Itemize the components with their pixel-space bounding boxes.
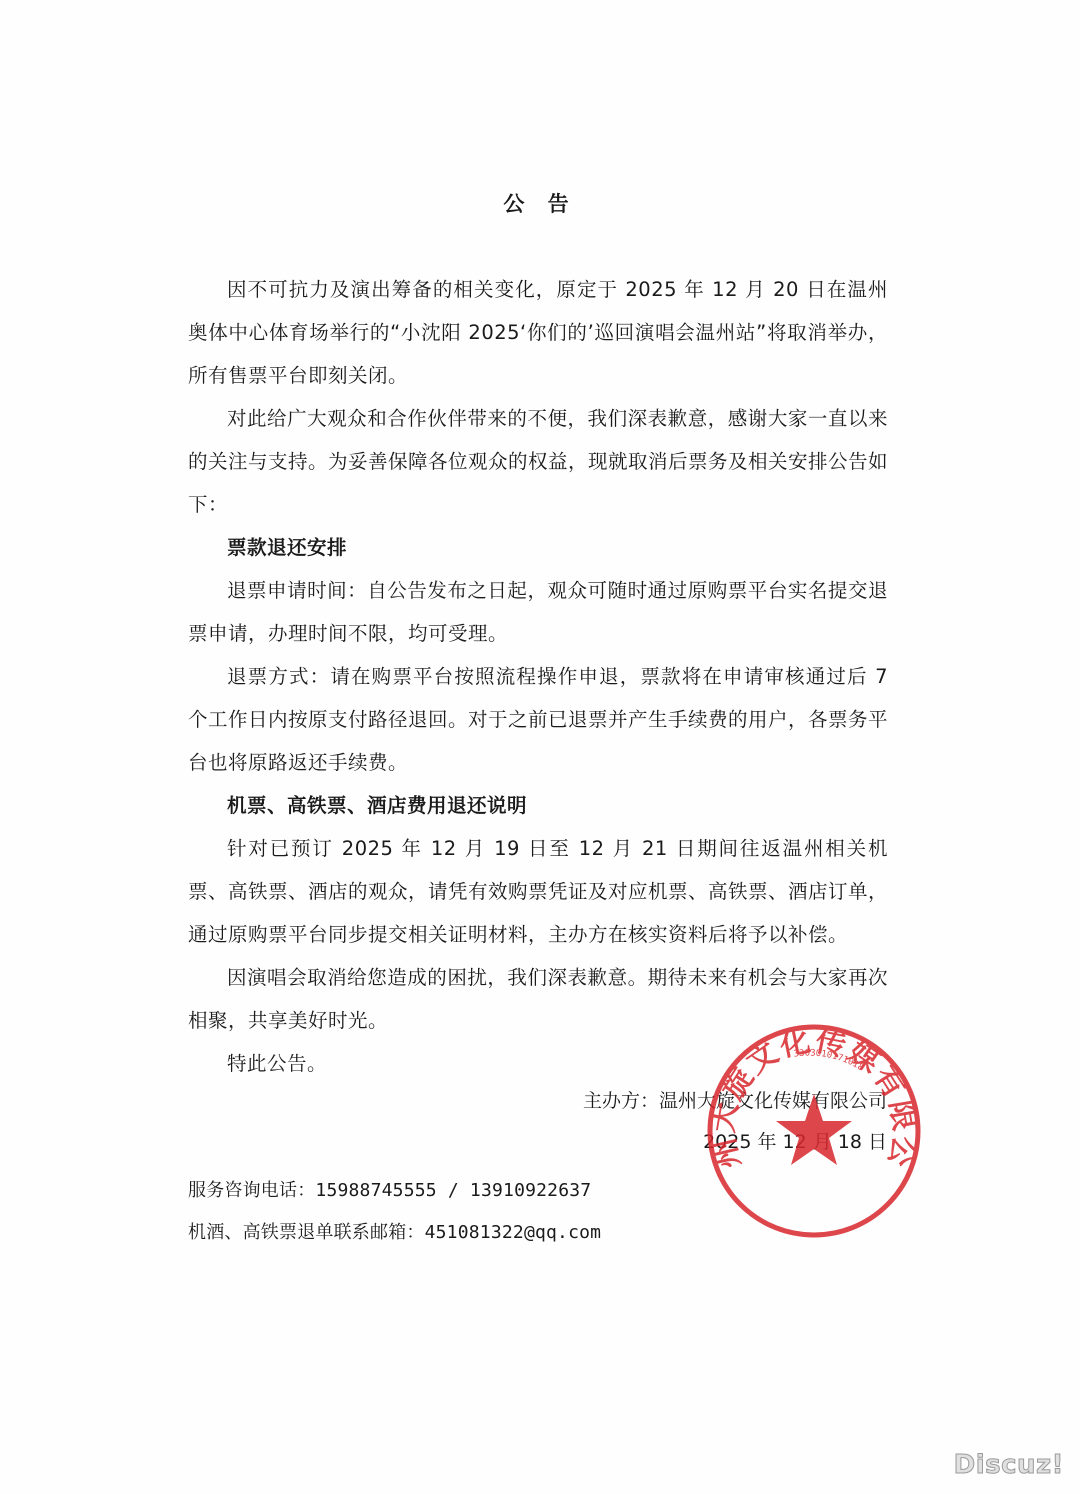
travel-refund-heading: 机票、高铁票、酒店费用退还说明 [188, 784, 888, 827]
refund-method-paragraph: 退票方式：请在购票平台按照流程操作申退，票款将在申请审核通过后 7 个工作日内按… [188, 655, 888, 784]
discuz-watermark: Discuz! [954, 1450, 1064, 1480]
intro-text: 因不可抗力及演出筹备的相关变化，原定于 2025 年 12 月 20 日在温州奥… [188, 268, 888, 397]
email-label: 机酒、高铁票退单联系邮箱： [188, 1222, 425, 1243]
phone-label: 服务咨询电话： [188, 1180, 315, 1201]
apology-text: 对此给广大观众和合作伙伴带来的不便，我们深表歉意，感谢大家一直以来的关注与支持。… [188, 397, 888, 526]
sign-off-text: 特此公告。 [188, 1042, 888, 1085]
refund-method-text: 退票方式：请在购票平台按照流程操作申退，票款将在申请审核通过后 7 个工作日内按… [188, 655, 888, 784]
announcement-page: 公 告 因不可抗力及演出筹备的相关变化，原定于 2025 年 12 月 20 日… [0, 0, 1080, 1494]
travel-refund-paragraph: 针对已预订 2025 年 12 月 19 日至 12 月 21 日期间往返温州相… [188, 827, 888, 956]
ticket-refund-heading: 票款退还安排 [188, 526, 888, 569]
signature-date: 2025 年 12 月 18 日 [703, 1127, 887, 1154]
travel-refund-heading-block: 机票、高铁票、酒店费用退还说明 [188, 784, 888, 827]
phone-value: 15988745555 / 13910922637 [315, 1180, 591, 1201]
ticket-refund-heading-block: 票款退还安排 [188, 526, 888, 569]
document-title: 公 告 [0, 188, 1080, 218]
email-value: 451081322@qq.com [425, 1222, 602, 1243]
service-phone-line: 服务咨询电话：15988745555 / 13910922637 [188, 1176, 591, 1202]
closing-paragraph: 因演唱会取消给您造成的困扰，我们深表歉意。期待未来有机会与大家再次相聚，共享美好… [188, 956, 888, 1042]
refund-email-line: 机酒、高铁票退单联系邮箱：451081322@qq.com [188, 1218, 601, 1244]
refund-time-paragraph: 退票申请时间：自公告发布之日起，观众可随时通过原购票平台实名提交退票申请，办理时… [188, 569, 888, 655]
travel-refund-text: 针对已预订 2025 年 12 月 19 日至 12 月 21 日期间往返温州相… [188, 827, 888, 956]
intro-paragraph: 因不可抗力及演出筹备的相关变化，原定于 2025 年 12 月 20 日在温州奥… [188, 268, 888, 397]
apology-paragraph: 对此给广大观众和合作伙伴带来的不便，我们深表歉意，感谢大家一直以来的关注与支持。… [188, 397, 888, 526]
organizer-line: 主办方：温州大旋文化传媒有限公司 [583, 1085, 887, 1117]
sign-off-paragraph: 特此公告。 [188, 1042, 888, 1085]
refund-time-text: 退票申请时间：自公告发布之日起，观众可随时通过原购票平台实名提交退票申请，办理时… [188, 569, 888, 655]
closing-text: 因演唱会取消给您造成的困扰，我们深表歉意。期待未来有机会与大家再次相聚，共享美好… [188, 956, 888, 1042]
